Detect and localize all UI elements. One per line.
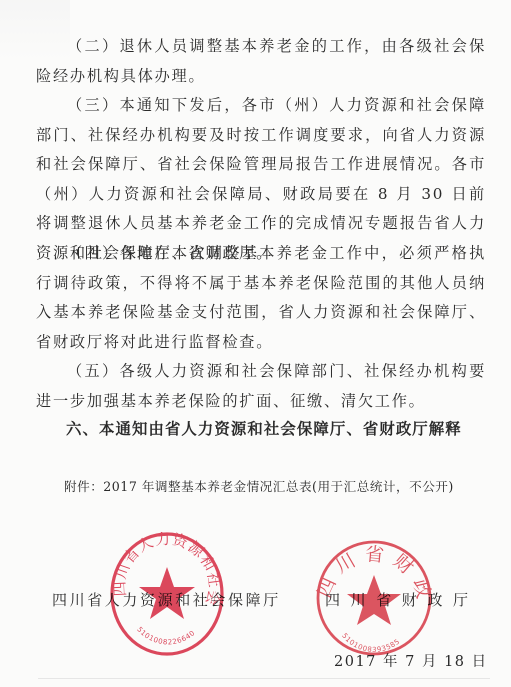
paragraph-item-4: （四）各地在本次调整基本养老金工作中，必须严格执行调待政策，不得将不属于基本养老…	[36, 239, 486, 357]
official-seal-left-icon: 四川省人力资源和社会保障厅 5101008226640	[107, 529, 227, 659]
paragraph-item-5: （五）各级人力资源和社会保障部门、社保经办机构要进一步加强基本养老保险的扩面、征…	[36, 357, 486, 416]
section-heading: 六、本通知由省人力资源和社会保障厅、省财政厅解释	[66, 417, 462, 439]
paragraph-item-2: （二）退休人员调整基本养老金的工作，由各级社会保险经办机构具体办理。	[36, 32, 486, 91]
svg-text:5101008226640: 5101008226640	[135, 625, 197, 646]
scan-bleed-line	[38, 678, 490, 679]
official-seal-right-icon: 四川省财政厅 5101008393585	[314, 539, 434, 657]
document-page: （二）退休人员调整基本养老金的工作，由各级社会保险经办机构具体办理。 （三）本通…	[0, 0, 511, 687]
attachment-note: 附件：2017 年调整基本养老金情况汇总表(用于汇总统计，不公开)	[64, 476, 454, 495]
